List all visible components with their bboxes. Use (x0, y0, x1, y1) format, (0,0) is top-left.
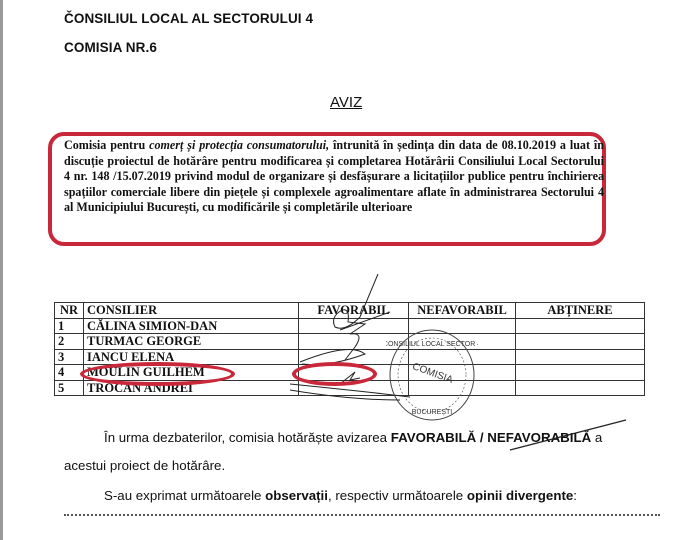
svg-text:COMISIA: COMISIA (411, 361, 455, 386)
obs-suffix: : (573, 488, 577, 503)
row-consilier: IANCU ELENA (84, 349, 299, 365)
signature-highlight-annotation (292, 362, 377, 386)
obs-bold-2: opinii divergente (467, 488, 573, 503)
col-nr: NR (55, 303, 84, 319)
name-highlight-annotation (80, 362, 235, 386)
svg-text:CONSILIUL LOCAL SECTOR 4: CONSILIUL LOCAL SECTOR 4 (386, 341, 478, 348)
observations-line: S-au exprimat următoarele observații, re… (104, 488, 577, 503)
row-nr: 4 (55, 365, 84, 381)
institution-header: ČONSILIUL LOCAL AL SECTORULUI 4 (64, 11, 313, 26)
document-title: AVIZ (330, 94, 362, 111)
row-abtinere (516, 334, 645, 350)
col-consilier: CONSILIER (84, 303, 299, 319)
conclusion-line-2: acestui proiect de hotărâre. (64, 458, 225, 473)
intro-italic: comerț și protecția consumatorului, (149, 138, 329, 152)
row-nr: 3 (55, 349, 84, 365)
commission-header: COMISIA NR.6 (64, 40, 157, 55)
strike-through-mark (508, 418, 628, 452)
page-edge (0, 0, 3, 540)
row-nr: 1 (55, 318, 84, 334)
conclusion-prefix: În urma dezbaterilor, comisia hotărăște … (104, 430, 391, 445)
row-abtinere (516, 349, 645, 365)
dotted-fill-line (64, 514, 660, 516)
row-abtinere (516, 365, 645, 381)
obs-mid: , respectiv următoarele (328, 488, 467, 503)
row-nr: 5 (55, 380, 84, 396)
svg-text:BUCUREȘTI: BUCUREȘTI (412, 409, 453, 416)
intro-paragraph: Comisia pentru comerț și protecția consu… (64, 138, 604, 216)
obs-bold-1: observații (265, 488, 328, 503)
row-consilier: TURMAC GEORGE (84, 334, 299, 350)
col-nefavorabil: NEFAVORABIL (409, 303, 516, 319)
col-abtinere: ABȚINERE (516, 303, 645, 319)
intro-text-1: Comisia pentru (64, 138, 149, 152)
commission-stamp: COMISIA CONSILIUL LOCAL SECTOR 4 BUCUREȘ… (386, 326, 478, 424)
row-consilier: CĂLINA SIMION-DAN (84, 318, 299, 334)
obs-prefix: S-au exprimat următoarele (104, 488, 265, 503)
row-abtinere (516, 380, 645, 396)
row-nr: 2 (55, 334, 84, 350)
row-abtinere (516, 318, 645, 334)
